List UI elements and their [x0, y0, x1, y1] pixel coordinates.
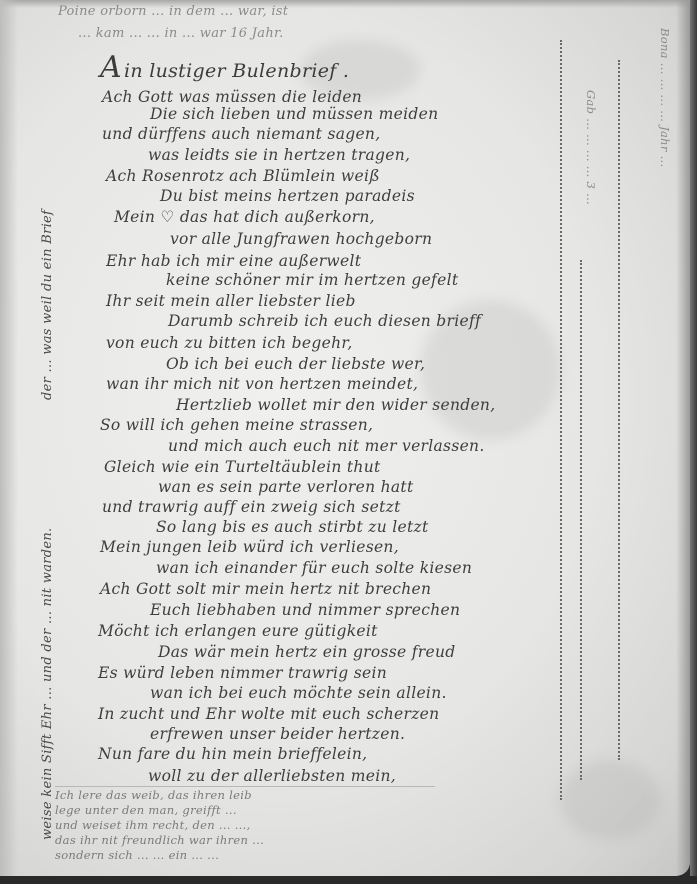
poem-line: von euch zu bitten ich begehr, — [106, 334, 353, 352]
poem-line: Die sich lieben und müssen meiden — [150, 105, 438, 123]
page-right-edge — [676, 0, 690, 876]
poem-line: Ob ich bei euch der liebste wer, — [166, 355, 425, 373]
poem-line: und trawrig auff ein zweig sich setzt — [102, 498, 401, 516]
footnote-rule — [55, 786, 435, 787]
header-line: ... kam ... ... in ... war 16 Jahr. — [78, 26, 284, 41]
poem-line: Gleich wie ein Turteltäublein thut — [104, 458, 381, 476]
poem-line: Darumb schreib ich euch diesen brieff — [168, 312, 481, 330]
poem-line: was leidts sie in hertzen tragen, — [148, 146, 410, 164]
page-left-edge — [0, 0, 18, 876]
right-margin-note: Bona ... ... ... ... Jahr ... — [658, 28, 672, 167]
poem-line: Hertzlieb wollet mir den wider senden, — [176, 396, 495, 414]
poem-line: So will ich gehen meine strassen, — [100, 416, 373, 434]
poem-line: vor alle Jungfrawen hochgeborn — [170, 230, 432, 248]
left-margin-note: der ... was weil du ein Brief — [40, 210, 55, 400]
poem-line: Ihr seit mein aller liebster lieb — [106, 292, 356, 310]
dotted-rule — [560, 40, 562, 800]
footnote-block: Ich lere das weib, das ihren leib lege u… — [55, 788, 264, 863]
footnote-line: Ich lere das weib, das ihren leib — [55, 788, 264, 803]
poem-line: und dürffens auch niemant sagen, — [102, 125, 380, 143]
paper-stain — [560, 760, 660, 840]
poem-line: In zucht und Ehr wolte mit euch scherzen — [98, 705, 439, 723]
poem-line: wan ich bei euch möchte sein allein. — [150, 684, 447, 702]
poem-line: Ach Rosenrotz ach Blümlein weiß — [106, 167, 380, 185]
poem-line: woll zu der allerliebsten mein, — [148, 767, 396, 785]
poem-line: Ach Gott was müssen die leiden — [102, 88, 362, 106]
footnote-line: und weiset ihm recht, den ... ..., — [55, 818, 264, 833]
poem-line: So lang bis es auch stirbt zu letzt — [156, 518, 429, 536]
poem-line: Mein ♡ das hat dich außerkorn, — [114, 208, 375, 226]
page-title: Ain lustiger Bulenbrief . — [100, 50, 349, 85]
poem-line: Du bist meins hertzen paradeis — [160, 187, 415, 205]
poem-line: wan ihr mich nit von hertzen meindet, — [106, 375, 418, 393]
footnote-line: sondern sich ... ... ein ... ... — [55, 848, 264, 863]
left-margin-note: weise kein Sifft Ehr ... und der ... nit… — [40, 528, 55, 840]
poem-line: wan ich einander für euch solte kiesen — [156, 559, 472, 577]
poem-line: und mich auch euch nit mer verlassen. — [168, 437, 485, 455]
poem-line: keine schöner mir im hertzen gefelt — [166, 271, 458, 289]
right-margin-note: Gab ... ... ... ... 3 ... — [584, 90, 598, 205]
header-line: Poine orborn ... in dem ... war, ist — [58, 4, 288, 19]
footnote-line: das ihr nit freundlich war ihren ... — [55, 833, 264, 848]
poem-line: Das wär mein hertz ein grosse freud — [158, 643, 455, 661]
dotted-rule — [580, 260, 582, 780]
manuscript-page: Poine orborn ... in dem ... war, ist ...… — [0, 0, 690, 876]
dotted-rule — [618, 60, 620, 760]
poem-line: wan es sein parte verloren hatt — [158, 478, 413, 496]
poem-line: Möcht ich erlangen eure gütigkeit — [98, 622, 378, 640]
poem-line: Mein jungen leib würd ich verliesen, — [100, 538, 399, 556]
title-initial: A — [100, 50, 122, 85]
poem-line: erfrewen unser beider hertzen. — [150, 725, 405, 743]
poem-line: Nun fare du hin mein brieffelein, — [98, 745, 367, 763]
poem-line: Es würd leben nimmer trawrig sein — [98, 664, 387, 682]
footnote-line: lege unter den man, greifft ... — [55, 803, 264, 818]
poem-line: Ehr hab ich mir eine außerwelt — [106, 252, 361, 270]
poem-line: Ach Gott solt mir mein hertz nit brechen — [100, 580, 431, 598]
scan-border-bottom — [0, 876, 697, 884]
title-text: in lustiger Bulenbrief . — [124, 60, 349, 82]
scan-border-right — [690, 0, 697, 884]
poem-line: Euch liebhaben und nimmer sprechen — [150, 601, 460, 619]
